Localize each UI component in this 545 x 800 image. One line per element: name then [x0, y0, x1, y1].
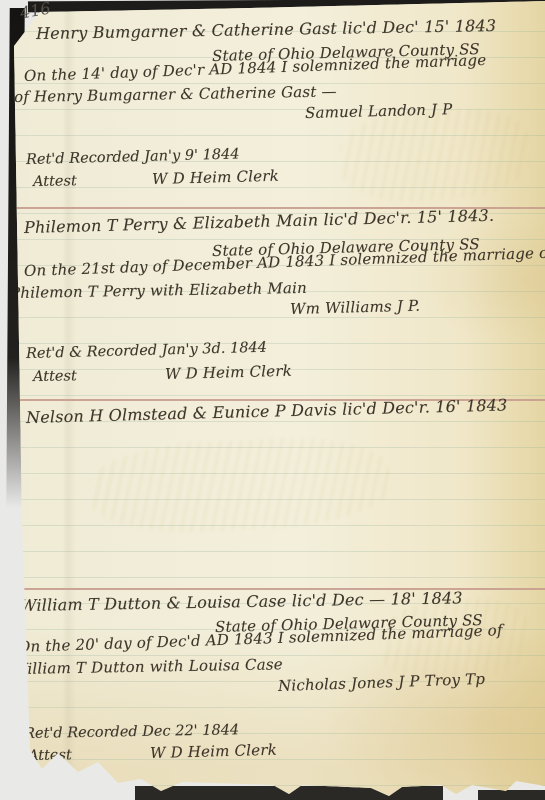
entry4-clerk-signature: W D Heim Clerk [150, 741, 277, 762]
entry-separator-line [12, 588, 545, 590]
scanned-ledger-page: 416 Henry Bumgarner & Catherine Gast lic… [0, 0, 545, 800]
entry1-clerk-signature: W D Heim Clerk [152, 167, 279, 188]
entry1-attest-label: Attest [33, 173, 77, 190]
entry4-attest-label: Attest [28, 747, 72, 764]
ledger-paper: Henry Bumgarner & Catherine Gast lic'd D… [0, 0, 545, 800]
entry2-clerk-signature: W D Heim Clerk [165, 362, 292, 383]
entry2-officiant-signature: Wm Williams J P. [290, 297, 421, 318]
scan-edge-bottom [478, 790, 545, 800]
entry2-attest-label: Attest [33, 368, 77, 385]
